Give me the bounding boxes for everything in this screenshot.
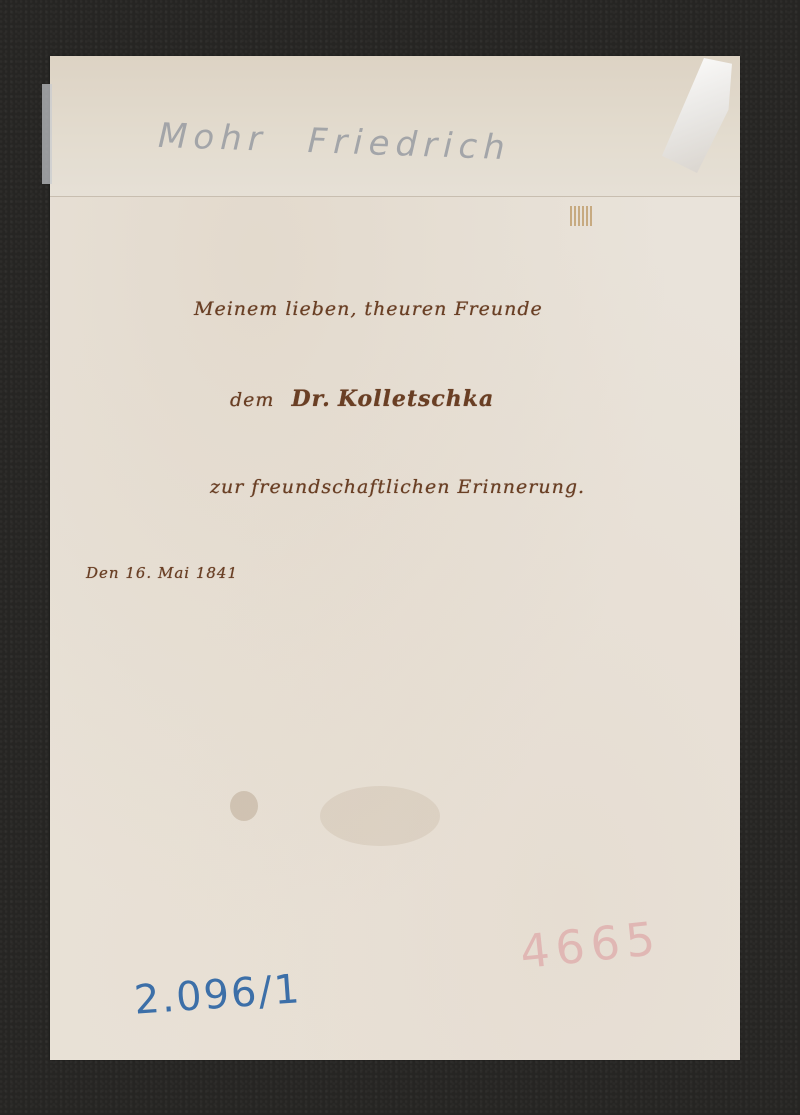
inscription-prefix: dem [230, 389, 274, 411]
inscription-line-1: Meinem lieben, theuren Freunde [194, 298, 543, 320]
pencil-word-2: Friedrich [307, 121, 511, 168]
inscription-line-2: dem Dr. Kolletschka [230, 386, 494, 412]
ink-blot [230, 791, 258, 821]
stain [320, 786, 440, 846]
inscription-name: Kolletschka [338, 386, 494, 412]
small-stamp-mark [570, 206, 592, 226]
date-line: Den 16. Mai 1841 [86, 564, 238, 582]
red-archive-number: 4665 [518, 911, 664, 979]
blue-archive-number: 2.096/1 [133, 966, 303, 1024]
inscription-line-3: zur freundschaftlichen Erinnerung. [210, 476, 585, 498]
document-card: MohrFriedrich Meinem lieben, theuren Fre… [50, 56, 740, 1060]
inscription-title: Dr. [291, 386, 330, 412]
pencil-word-1: Mohr [157, 116, 268, 160]
